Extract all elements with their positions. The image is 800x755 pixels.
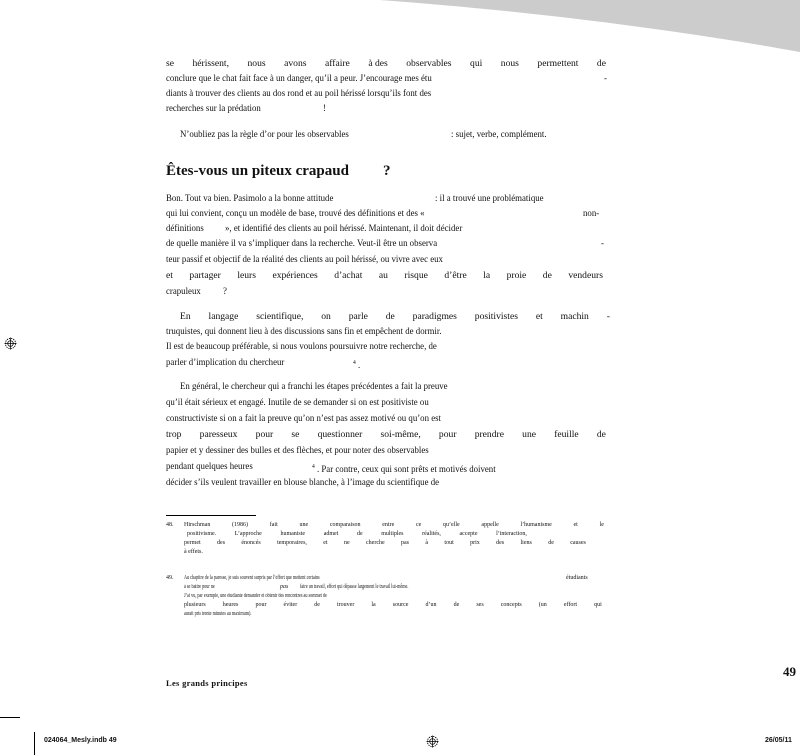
word: (un xyxy=(539,601,547,610)
word: trop xyxy=(166,429,181,441)
word: des xyxy=(217,539,225,548)
word: énoncés xyxy=(241,539,260,548)
word: l’interaction, xyxy=(496,530,527,539)
footnote-48-number: 48. xyxy=(166,521,174,530)
paragraph-4-line-4a: parler d’implication du chercheur xyxy=(166,357,284,369)
paragraph-3-line-1a: Bon. Tout va bien. Pasimolo a la bonne a… xyxy=(166,193,333,205)
word: permet xyxy=(184,539,201,548)
word: une xyxy=(522,429,536,441)
footnote-49-line-2b: pas xyxy=(280,583,288,592)
word: proie xyxy=(507,270,527,282)
paragraph-5-line-1: En général, le chercheur qui a franchi l… xyxy=(180,381,448,393)
word: de xyxy=(597,58,606,70)
word: accepte xyxy=(460,530,478,539)
word: soi-même, xyxy=(381,429,421,441)
paragraph-1-line-2: conclure que le chat fait face à un dang… xyxy=(166,73,432,85)
registration-mark-icon xyxy=(4,337,17,350)
word: liens xyxy=(521,539,532,548)
word: se xyxy=(166,58,174,70)
section-heading: Êtes-vous un piteux crapaud ? xyxy=(166,163,349,180)
word: affaire xyxy=(325,58,350,70)
word: prendre xyxy=(475,429,504,441)
word: feuille xyxy=(554,429,579,441)
word: partager xyxy=(189,270,220,282)
word: une xyxy=(299,521,308,530)
word: effort xyxy=(564,601,577,610)
paragraph-5-line-7: décider s’ils veulent travailler en blou… xyxy=(166,477,439,489)
word: de xyxy=(357,530,363,539)
paragraph-3-line-4a: de quelle manière il va s’impliquer dans… xyxy=(166,238,437,250)
footnote-48-line-1: Hirschman(1986)faitunecomparaisonentrece… xyxy=(184,521,604,530)
footnote-rule xyxy=(166,515,256,516)
word: vendeurs xyxy=(568,270,603,282)
footnote-49-line-2a: à se battre pour ne xyxy=(184,583,215,592)
word: au xyxy=(379,270,388,282)
word: la xyxy=(371,601,375,610)
paragraph-4-line-2: truquistes, qui donnent lieu à des discu… xyxy=(166,326,442,338)
running-title: Les grands principes xyxy=(166,678,248,688)
paragraph-2: N’oubliez pas la règle d’or pour les obs… xyxy=(180,129,349,141)
word: positivistes xyxy=(475,311,518,323)
word: de xyxy=(314,601,320,610)
slug-date: 26/05/11 xyxy=(765,737,792,744)
word: - xyxy=(607,311,610,323)
footnote-49-line-3: J’ai vu, par exemple, une étudiante dema… xyxy=(184,592,327,601)
word: éviter xyxy=(284,601,298,610)
word: on xyxy=(321,311,331,323)
crop-mark-horizontal xyxy=(0,717,20,718)
word: positivisme. xyxy=(187,530,216,539)
crop-mark-vertical xyxy=(34,732,35,755)
word: à des xyxy=(368,58,387,70)
word: avons xyxy=(284,58,306,70)
paragraph-3-line-1b: : il a trouvé une problématique xyxy=(435,193,544,205)
word: d’un xyxy=(426,601,437,610)
word: En xyxy=(180,311,191,323)
footnote-49-line-2c: faire un travail, effort qui dépasse lar… xyxy=(300,583,408,592)
word: le xyxy=(600,521,604,530)
word: scientifique, xyxy=(256,311,303,323)
word: langage xyxy=(209,311,239,323)
word: tout xyxy=(444,539,453,548)
word: machin xyxy=(561,311,589,323)
registration-mark-icon xyxy=(426,735,439,748)
word: pour xyxy=(439,429,457,441)
word: pour xyxy=(255,601,266,610)
word: et xyxy=(323,539,327,548)
word: qu’elle xyxy=(443,521,460,530)
paragraph-5-line-6a: pendant quelques heures xyxy=(166,461,253,473)
word: concepts xyxy=(501,601,522,610)
word: hérissent, xyxy=(192,58,229,70)
word: paradigmes xyxy=(413,311,457,323)
word: permettent xyxy=(537,58,578,70)
footnote-49-number: 49. xyxy=(166,574,174,583)
paragraph-3-line-7a: crapuleux xyxy=(166,286,201,298)
word: d’achat xyxy=(334,270,362,282)
heading-question-mark: ? xyxy=(383,163,391,180)
paragraph-3-line-3b: », et identifié des clients au poil héri… xyxy=(225,223,462,235)
word: temporaires, xyxy=(277,539,307,548)
word: la xyxy=(483,270,490,282)
footnote-48-line-2: positivisme.L’approchehumanisteadmetdemu… xyxy=(187,530,527,539)
word: trouver xyxy=(337,601,354,610)
word: de xyxy=(548,539,554,548)
footnote-49-line-4: plusieursheurespouréviterdetrouverlasour… xyxy=(184,601,602,610)
paragraph-5-line-3: constructiviste si on a fait la preuve q… xyxy=(166,413,441,425)
word: nous xyxy=(247,58,265,70)
word: admet xyxy=(324,530,339,539)
paragraph-1-line-1: sehérissent,nousavonsaffaireà desobserva… xyxy=(166,58,606,70)
word: ne xyxy=(344,539,350,548)
word: ses xyxy=(476,601,483,610)
footnote-49-line-5: aurait pris trente minutes au maximum). xyxy=(184,610,251,619)
paragraph-5-line-6b: 4 . Par contre, ceux qui sont prêts et m… xyxy=(312,461,496,476)
word: des xyxy=(496,539,504,548)
word: réalités, xyxy=(422,530,441,539)
word: fait xyxy=(270,521,278,530)
word: d’être xyxy=(444,270,466,282)
word: L’approche xyxy=(235,530,262,539)
footnote-ref: 4 . xyxy=(353,357,360,372)
word: et xyxy=(166,270,173,282)
word: nous xyxy=(501,58,519,70)
word: qui xyxy=(594,601,602,610)
heading-text: Êtes-vous un piteux crapaud xyxy=(166,163,349,179)
paragraph-3-line-3a: définitions xyxy=(166,223,204,235)
paragraph-5-line-2: qu’il était sérieux et engagé. Inutile d… xyxy=(166,397,429,409)
word: Hirschman xyxy=(184,521,210,530)
word: paresseux xyxy=(200,429,238,441)
word: cherche xyxy=(366,539,385,548)
footnote-48-line-3: permetdesénoncéstemporaires,etnecherchep… xyxy=(184,539,586,548)
word: expériences xyxy=(272,270,317,282)
paragraph-3-line-4b: - xyxy=(601,238,604,250)
word: risque xyxy=(404,270,427,282)
page-curl-shadow xyxy=(0,0,800,60)
paragraph-1-line-4: recherches sur la prédation xyxy=(166,103,261,115)
paragraph-4-line-1: Enlangagescientifique,onparledeparadigme… xyxy=(180,311,610,323)
word: de xyxy=(386,311,395,323)
word: multiples xyxy=(381,530,403,539)
footnote-49-line-1b: étudiants xyxy=(566,574,588,583)
word: et xyxy=(536,311,543,323)
word: humaniste xyxy=(280,530,305,539)
word: (1986) xyxy=(232,521,248,530)
paragraph-3-line-7b: ? xyxy=(223,286,227,298)
word: comparaison xyxy=(330,521,361,530)
paragraph-1-line-3: diants à trouver des clients au dos rond… xyxy=(166,88,431,100)
word: entre xyxy=(382,521,394,530)
word: qui xyxy=(470,58,482,70)
word: ce xyxy=(416,521,421,530)
word: pas xyxy=(401,539,409,548)
paragraph-3-line-2a: qui lui convient, conçu un modèle de bas… xyxy=(166,208,425,220)
word: et xyxy=(574,521,578,530)
slug-filename: 024064_Mesly.indb 49 xyxy=(44,737,117,744)
footnote-48-line-4: à effets. xyxy=(184,548,203,557)
paragraph-4-line-3: Il est de beaucoup préférable, si nous v… xyxy=(166,341,437,353)
paragraph-3-line-2b: non- xyxy=(583,208,599,220)
paragraph-3-line-5: teur passif et objectif de la réalité de… xyxy=(166,254,443,266)
paragraph-5-line-5: papier et y dessiner des bulles et des f… xyxy=(166,445,429,457)
paragraph-3-line-6: etpartagerleursexpériencesd’achataurisqu… xyxy=(166,270,603,282)
word: se xyxy=(291,429,299,441)
word: à xyxy=(425,539,428,548)
word: de xyxy=(454,601,460,610)
paragraph-2-tail: : sujet, verbe, complément. xyxy=(451,129,547,141)
footnote-49-line-1a: Au chapitre de la paresse, je suis souve… xyxy=(184,574,320,583)
word: questionner xyxy=(318,429,363,441)
word: observables xyxy=(406,58,451,70)
hyphen: - xyxy=(604,73,607,85)
word: de xyxy=(543,270,552,282)
word: de xyxy=(597,429,606,441)
word: leurs xyxy=(237,270,256,282)
word: appelle xyxy=(481,521,498,530)
paragraph-5-line-4: tropparesseuxpoursequestionnersoi-même,p… xyxy=(166,429,606,441)
word: source xyxy=(393,601,409,610)
page-number: 49 xyxy=(783,664,796,680)
word: parle xyxy=(349,311,368,323)
word: causes xyxy=(570,539,586,548)
exclamation-mark: ! xyxy=(323,103,326,115)
word: pour xyxy=(256,429,274,441)
word: heures xyxy=(223,601,239,610)
word: prix xyxy=(470,539,480,548)
word: plusieurs xyxy=(184,601,206,610)
word: l’humanisme xyxy=(520,521,551,530)
